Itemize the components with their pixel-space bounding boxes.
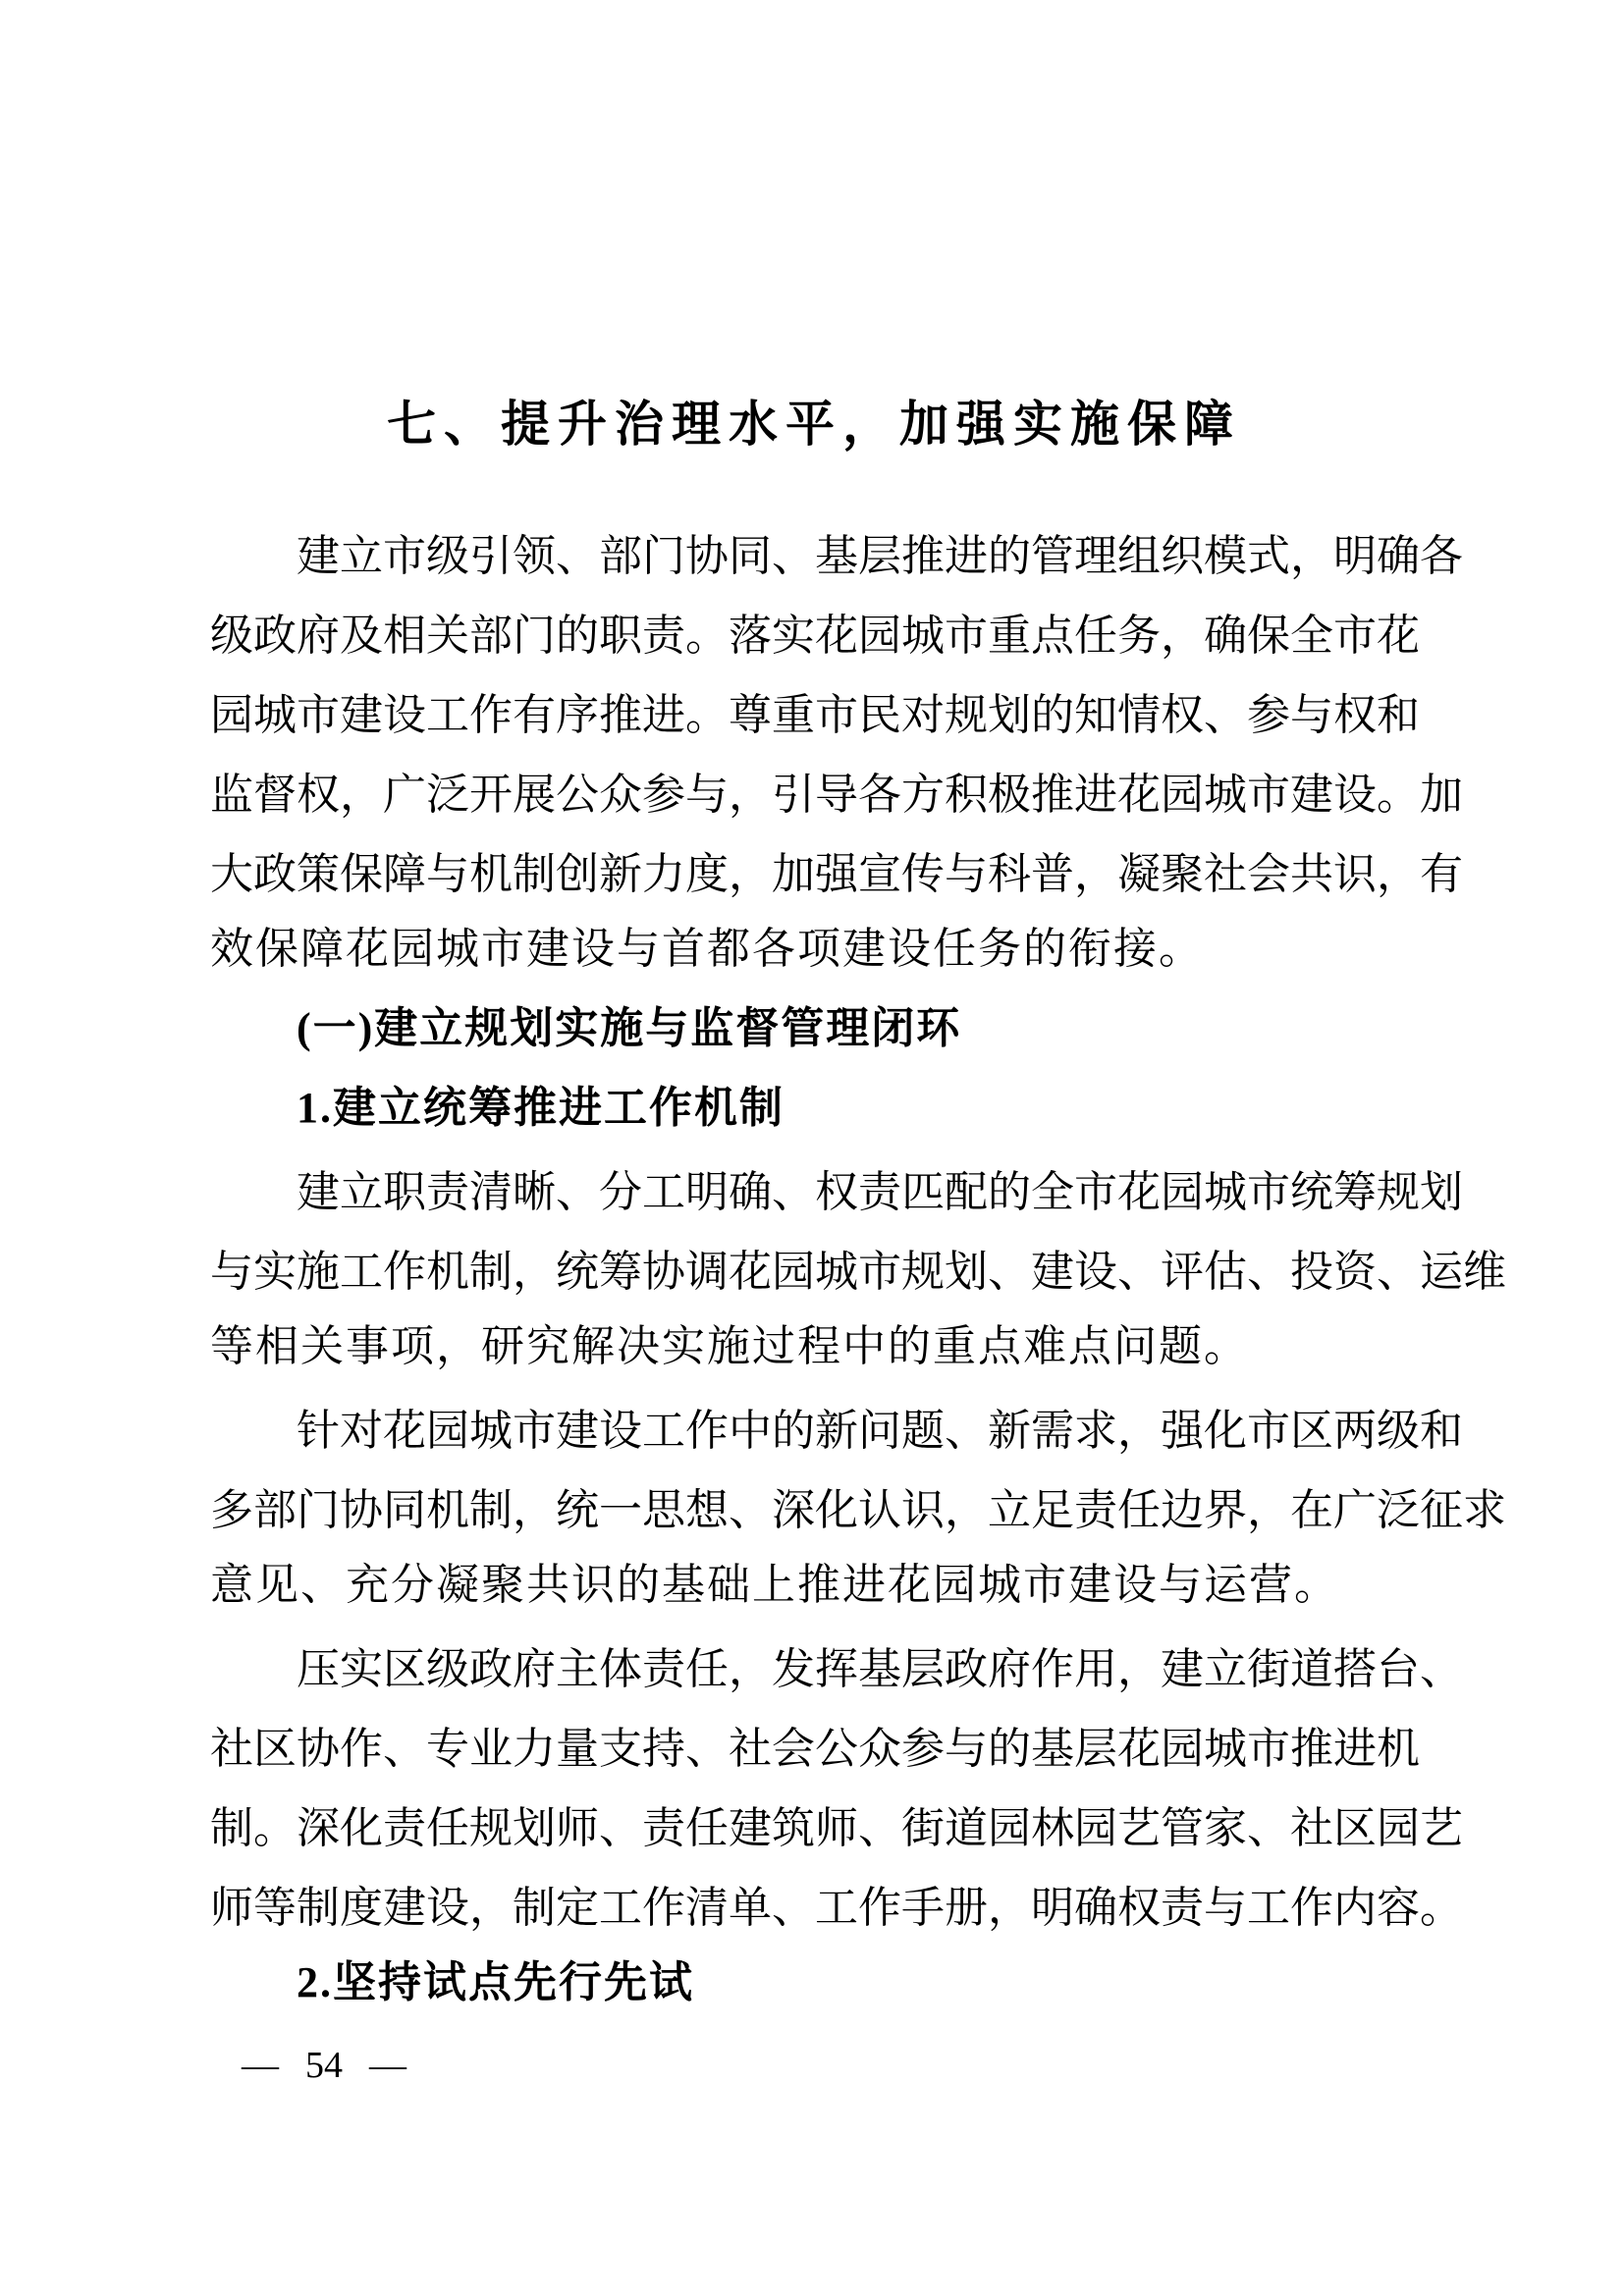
paragraph-line: 效保障花园城市建设与首都各项建设任务的衔接。 [210,909,1418,988]
document-title: 七、提升治理水平，加强实施保障 [210,389,1418,459]
page-number-dash-left: — [242,2042,279,2089]
paragraph-line: 意见、充分凝聚共识的基础上推进花园城市建设与运营。 [210,1545,1418,1625]
body-text: 建立市级引领、部门协同、基层推进的管理组织模式，明确各级政府及相关部门的职责。落… [210,511,1418,2022]
paragraph-line: 制。深化责任规划师、责任建筑师、街道园林园艺管家、社区园艺 [210,1784,1418,1863]
paragraph-line: 针对花园城市建设工作中的新问题、新需求，强化市区两级和 [210,1386,1418,1466]
paragraph-line: 等相关事项，研究解决实施过程中的重点难点问题。 [210,1307,1418,1386]
paragraph-line: 建立职责清晰、分工明确、权责匹配的全市花园城市统筹规划 [210,1148,1418,1227]
page-number: 54 [305,2042,343,2089]
paragraph-line: 压实区级政府主体责任，发挥基层政府作用，建立街道搭台、 [210,1625,1418,1704]
paragraph-line: 多部门协同机制，统一思想、深化认识，立足责任边界，在广泛征求 [210,1466,1418,1545]
paragraph-line: 社区协作、专业力量支持、社会公众参与的基层花园城市推进机 [210,1704,1418,1784]
paragraph-line: 级政府及相关部门的职责。落实花园城市重点任务，确保全市花 [210,591,1418,670]
section-heading: 1.建立统筹推进工作机制 [210,1068,1418,1148]
paragraph-line: 监督权，广泛开展公众参与，引导各方积极推进花园城市建设。加 [210,750,1418,829]
paragraph-line: 师等制度建设，制定工作清单、工作手册，明确权责与工作内容。 [210,1863,1418,1943]
page-footer: — 54 — [242,2042,406,2089]
paragraph-line: 大政策保障与机制创新力度，加强宣传与科普，凝聚社会共识，有 [210,829,1418,909]
document-page: 七、提升治理水平，加强实施保障 建立市级引领、部门协同、基层推进的管理组织模式，… [0,0,1624,2296]
section-heading: 2.坚持试点先行先试 [210,1943,1418,2022]
paragraph-line: 建立市级引领、部门协同、基层推进的管理组织模式，明确各 [210,511,1418,591]
page-number-dash-right: — [369,2042,406,2089]
paragraph-line: 与实施工作机制，统筹协调花园城市规划、建设、评估、投资、运维 [210,1227,1418,1307]
paragraph-line: 园城市建设工作有序推进。尊重市民对规划的知情权、参与权和 [210,670,1418,750]
section-heading: (一)建立规划实施与监督管理闭环 [210,988,1418,1068]
